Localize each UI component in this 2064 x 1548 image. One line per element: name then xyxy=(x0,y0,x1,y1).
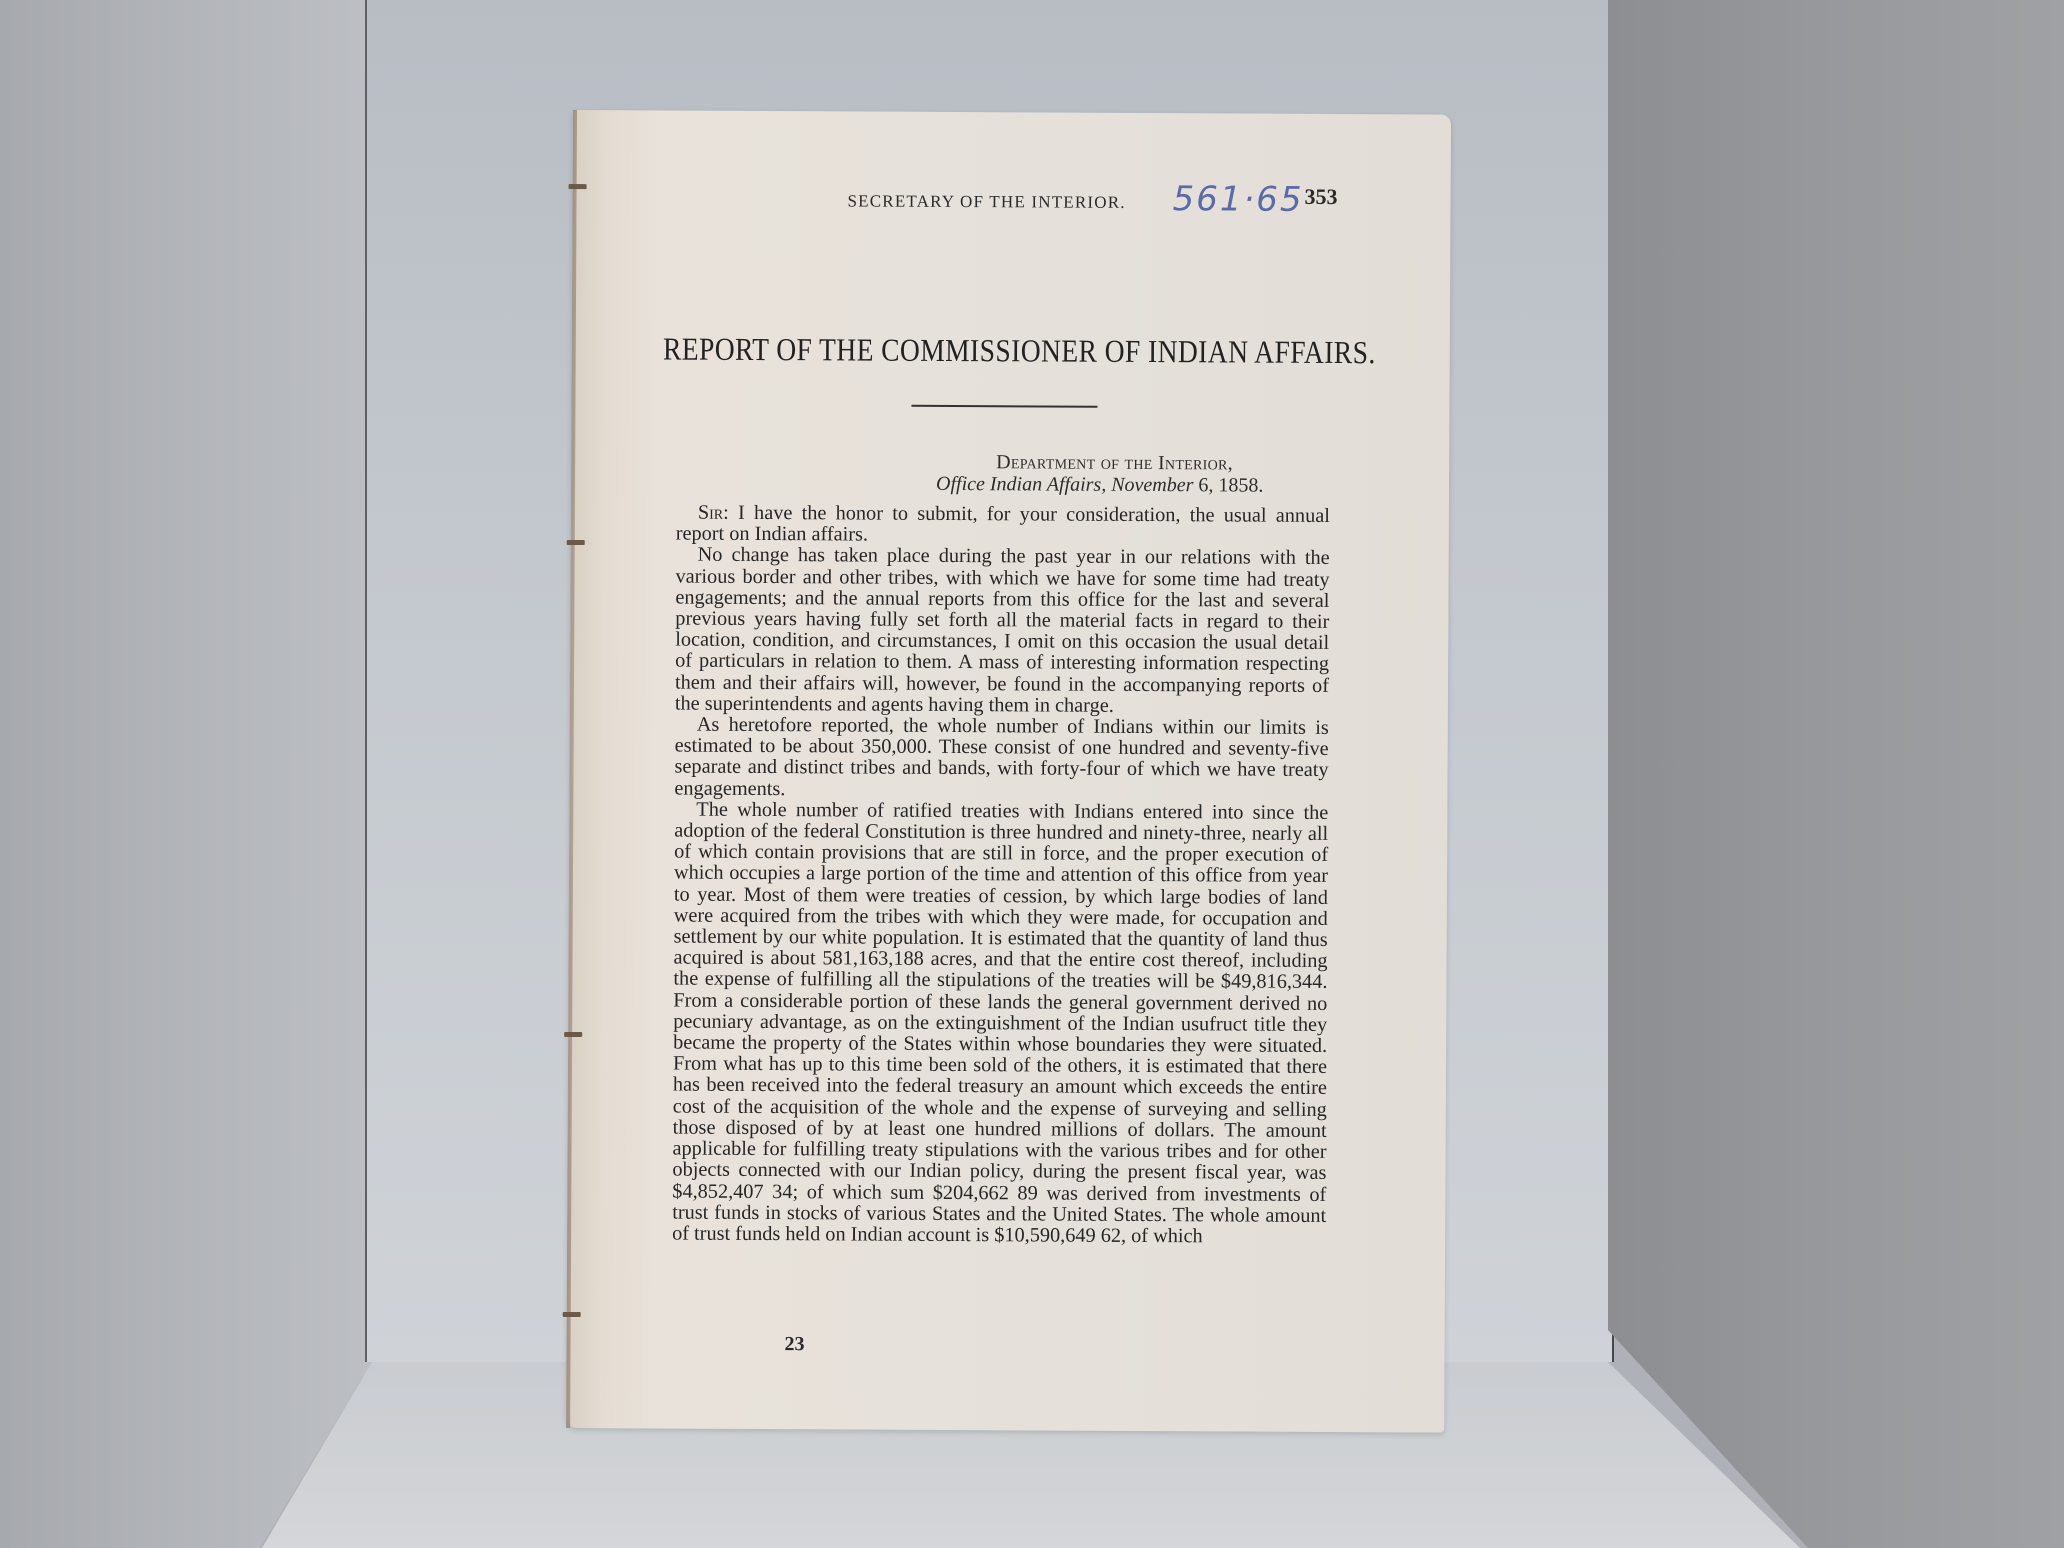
paragraph: As heretofore reported, the whole number… xyxy=(674,715,1328,803)
dateline-office: Office Indian Affairs, November 6, 1858. xyxy=(936,473,1264,498)
report-title: REPORT OF THE COMMISSIONER OF INDIAN AFF… xyxy=(633,330,1388,371)
shelf-left-wall xyxy=(0,0,372,1548)
paragraph: No change has taken place during the pas… xyxy=(675,545,1330,718)
running-head: SECRETARY OF THE INTERIOR. 561·65 353 xyxy=(572,178,1450,223)
salutation: Sir: xyxy=(698,502,729,524)
dateline-month: November xyxy=(1111,474,1198,496)
dateline: Department of the Interior, Office India… xyxy=(571,449,1449,454)
document-page: SECRETARY OF THE INTERIOR. 561·65 353 RE… xyxy=(566,110,1451,1433)
binding-stitch-mark xyxy=(564,1032,582,1037)
handwritten-note: 561·65 xyxy=(1172,179,1303,220)
page-number: 353 xyxy=(1304,184,1337,210)
paragraph-text: I have the honor to submit, for your con… xyxy=(676,502,1330,546)
binding-stitch-mark xyxy=(567,540,585,545)
report-body: Sir: I have the honor to submit, for you… xyxy=(672,503,1330,1249)
printer-signature-mark: 23 xyxy=(784,1333,804,1356)
title-divider-rule xyxy=(911,405,1097,408)
paragraph: The whole number of ratified treaties wi… xyxy=(672,799,1328,1248)
paragraph-salutation: Sir: I have the honor to submit, for you… xyxy=(676,503,1330,549)
dateline-department: Department of the Interior, xyxy=(996,451,1233,475)
binding-stitch-mark xyxy=(563,1312,581,1317)
dateline-day-year: 6, 1858. xyxy=(1198,474,1263,496)
dateline-office-name: Office Indian Affairs, xyxy=(936,473,1106,496)
running-title: SECRETARY OF THE INTERIOR. xyxy=(847,191,1125,212)
shelf-right-wall xyxy=(1608,0,2064,1548)
photo-scene: SECRETARY OF THE INTERIOR. 561·65 353 RE… xyxy=(0,0,2064,1548)
